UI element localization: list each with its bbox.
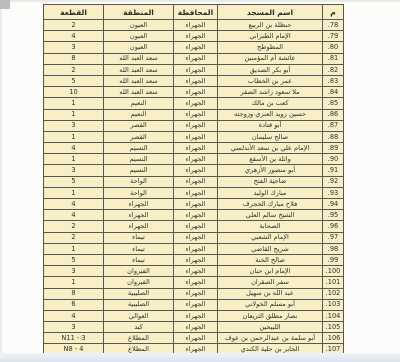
table-row: 92. ضاحية الفتح الجهراء الواحة 5 bbox=[44, 176, 344, 187]
mosque-name: عمر بن الخطاب bbox=[218, 75, 323, 86]
mosque-name: ضاحية الفتح bbox=[218, 176, 323, 187]
block-number: 3 bbox=[44, 42, 104, 53]
row-number: 94. bbox=[323, 199, 344, 210]
mosque-name: أبو مسلم الخولاني bbox=[218, 299, 323, 310]
area-value: الواحة bbox=[104, 176, 174, 187]
scan-corner-mark bbox=[0, 0, 10, 9]
area-value: الواحة bbox=[104, 187, 174, 198]
row-number: 98. bbox=[323, 243, 344, 254]
block-number: 3 bbox=[44, 165, 104, 176]
mosque-name: مبارك الوليد bbox=[218, 187, 323, 198]
area-value: النعيم bbox=[104, 109, 174, 120]
area-value: الصليبية bbox=[104, 299, 174, 310]
scan-bottom-strip bbox=[0, 353, 400, 362]
mosque-name: شريح القاضي bbox=[218, 243, 323, 254]
block-number: 6 bbox=[44, 299, 104, 310]
table-row: 99. صالح الخنة الجهراء تيماء 5 bbox=[44, 254, 344, 265]
block-number: 10 bbox=[44, 87, 104, 98]
header-block: القطعة bbox=[44, 5, 104, 20]
area-value: الجهراء bbox=[104, 210, 174, 221]
block-number: 1 bbox=[44, 187, 104, 198]
mosque-name: فلاح مبارك الحجرف bbox=[218, 199, 323, 210]
mosque-name: أبو قتادة bbox=[218, 120, 323, 131]
block-number: 1 bbox=[44, 243, 104, 254]
governorate-value: الجهراء bbox=[174, 333, 218, 344]
block-number: 5 bbox=[44, 176, 104, 187]
table-row: 106. أبو سلمة بن عبدالرحمن بن عوف الجهرا… bbox=[44, 333, 344, 344]
mosque-name: صالح الخنة bbox=[218, 254, 323, 265]
table-row: 103. أبو مسلم الخولاني الجهراء الصليبية … bbox=[44, 299, 344, 310]
scanned-document-page: م اسم المسجد المحافظة المنطقة القطعة 78.… bbox=[0, 0, 400, 362]
area-value: القصر bbox=[104, 120, 174, 131]
table-row: 94. فلاح مبارك الحجرف الجهراء الجهراء 4 bbox=[44, 199, 344, 210]
block-number: 4 bbox=[44, 310, 104, 321]
row-number: 101. bbox=[323, 277, 344, 288]
scan-left-edge bbox=[0, 9, 2, 354]
area-value: العيون bbox=[104, 20, 174, 31]
block-number: 2 bbox=[44, 221, 104, 232]
mosque-name: الصحابة bbox=[218, 221, 323, 232]
governorate-value: الجهراء bbox=[174, 53, 218, 64]
mosque-name: أبو بكر الصديق bbox=[218, 64, 323, 75]
table-row: 87. أبو قتادة الجهراء القصر 3 bbox=[44, 120, 344, 131]
block-number: 4 bbox=[44, 199, 104, 210]
block-number: 8 bbox=[44, 288, 104, 299]
mosque-name: حسين زويد العنزي وزوجته bbox=[218, 109, 323, 120]
area-value: القصر bbox=[104, 131, 174, 142]
governorate-value: الجهراء bbox=[174, 42, 218, 53]
header-mosque-name: اسم المسجد bbox=[218, 5, 323, 20]
mosque-name: أبو سلمة بن عبدالرحمن بن عوف bbox=[218, 333, 323, 344]
governorate-value: الجهراء bbox=[174, 176, 218, 187]
row-number: 93. bbox=[323, 187, 344, 198]
header-governorate: المحافظة bbox=[174, 5, 218, 20]
area-value: سعد العبد الله bbox=[104, 75, 174, 86]
governorate-value: الجهراء bbox=[174, 199, 218, 210]
table-row: 101. سفر الصقران الجهراء القيروان 1 bbox=[44, 277, 344, 288]
row-number: 80. bbox=[323, 42, 344, 53]
mosque-name: ملا سعود راشد الصقر bbox=[218, 87, 323, 98]
mosque-name: حنظلة بن الربيع bbox=[218, 20, 323, 31]
row-number: 104. bbox=[323, 310, 344, 321]
area-value: العوالي bbox=[104, 310, 174, 321]
block-number: 1 bbox=[44, 154, 104, 165]
governorate-value: الجهراء bbox=[174, 20, 218, 31]
governorate-value: الجهراء bbox=[174, 221, 218, 232]
header-row-number: م bbox=[323, 5, 344, 20]
table-row: 90. واثلة بن الأسقع الجهراء النسيم 1 bbox=[44, 154, 344, 165]
governorate-value: الجهراء bbox=[174, 131, 218, 142]
area-value: العيون bbox=[104, 31, 174, 42]
governorate-value: الجهراء bbox=[174, 310, 218, 321]
governorate-value: الجهراء bbox=[174, 143, 218, 154]
table-row: 93. مبارك الوليد الجهراء الواحة 1 bbox=[44, 187, 344, 198]
row-number: 90. bbox=[323, 154, 344, 165]
governorate-value: الجهراء bbox=[174, 75, 218, 86]
area-value: القيروان bbox=[104, 277, 174, 288]
table-row: 95. الشيخ سالم العلي الجهراء الجهراء 4 bbox=[44, 210, 344, 221]
governorate-value: الجهراء bbox=[174, 87, 218, 98]
scan-top-edge bbox=[10, 0, 400, 2]
governorate-value: الجهراء bbox=[174, 64, 218, 75]
block-number: 2 bbox=[44, 232, 104, 243]
table-header-row: م اسم المسجد المحافظة المنطقة القطعة bbox=[44, 5, 344, 20]
block-number: 2 bbox=[44, 20, 104, 31]
block-number: 1 bbox=[44, 109, 104, 120]
area-value: تيماء bbox=[104, 254, 174, 265]
row-number: 87. bbox=[323, 120, 344, 131]
block-number: 3 bbox=[44, 120, 104, 131]
table-row: 80. المطوطح الجهراء العيون 3 bbox=[44, 42, 344, 53]
mosque-name: أبو منصور الأزهري bbox=[218, 165, 323, 176]
table-row: 84. ملا سعود راشد الصقر الجهراء سعد العب… bbox=[44, 87, 344, 98]
block-number: 2 bbox=[44, 64, 104, 75]
mosque-name: عبد الله بن سهيل bbox=[218, 288, 323, 299]
row-number: 102. bbox=[323, 288, 344, 299]
governorate-value: الجهراء bbox=[174, 266, 218, 277]
table-row: 97. الإمام الشعبي الجهراء تيماء 2 bbox=[44, 232, 344, 243]
block-number: 1 bbox=[44, 277, 104, 288]
block-number: 4 bbox=[44, 143, 104, 154]
governorate-value: الجهراء bbox=[174, 288, 218, 299]
area-value: النسيم bbox=[104, 154, 174, 165]
block-number: 3 bbox=[44, 266, 104, 277]
area-value: الجهراء bbox=[104, 199, 174, 210]
block-number: 1 bbox=[44, 131, 104, 142]
row-number: 97. bbox=[323, 232, 344, 243]
governorate-value: الجهراء bbox=[174, 109, 218, 120]
area-value: الجهراء bbox=[104, 221, 174, 232]
row-number: 105. bbox=[323, 322, 344, 333]
governorate-value: الجهراء bbox=[174, 277, 218, 288]
governorate-value: الجهراء bbox=[174, 31, 218, 42]
table-row: 86. حسين زويد العنزي وزوجته الجهراء النع… bbox=[44, 109, 344, 120]
table-row: 81. عائشة أم المؤمنين الجهراء سعد العبد … bbox=[44, 53, 344, 64]
area-value: سعد العبد الله bbox=[104, 87, 174, 98]
table-row: 100. الإمام ابن حبان الجهراء القيروان 3 bbox=[44, 266, 344, 277]
mosque-name: اللبيحين bbox=[218, 322, 323, 333]
table-row: 88. صالح سليمان الجهراء القصر 1 bbox=[44, 131, 344, 142]
row-number: 78. bbox=[323, 20, 344, 31]
row-number: 81. bbox=[323, 53, 344, 64]
area-value: النسيم bbox=[104, 165, 174, 176]
table-row: 102. عبد الله بن سهيل الجهراء الصليبية 8 bbox=[44, 288, 344, 299]
governorate-value: الجهراء bbox=[174, 299, 218, 310]
area-value: النعيم bbox=[104, 98, 174, 109]
governorate-value: الجهراء bbox=[174, 154, 218, 165]
area-value: العيون bbox=[104, 42, 174, 53]
row-number: 86. bbox=[323, 109, 344, 120]
table-row: 89. الإمام علي بن سعد الأندلسي الجهراء ا… bbox=[44, 143, 344, 154]
mosque-name: الإمام الطبراني bbox=[218, 31, 323, 42]
block-number: 8 bbox=[44, 53, 104, 64]
table-row: 96. الصحابة الجهراء الجهراء 2 bbox=[44, 221, 344, 232]
block-number: 1 bbox=[44, 98, 104, 109]
mosque-name: عائشة أم المؤمنين bbox=[218, 53, 323, 64]
mosque-name: الإمام ابن حبان bbox=[218, 266, 323, 277]
area-value: القيروان bbox=[104, 266, 174, 277]
area-value: سعد العبد الله bbox=[104, 64, 174, 75]
mosque-table: م اسم المسجد المحافظة المنطقة القطعة 78.… bbox=[43, 4, 344, 356]
row-number: 79. bbox=[323, 31, 344, 42]
header-area: المنطقة bbox=[104, 5, 174, 20]
block-number: 5 bbox=[44, 75, 104, 86]
governorate-value: الجهراء bbox=[174, 165, 218, 176]
block-number: N11 - 3 bbox=[44, 333, 104, 344]
block-number: 3 bbox=[44, 322, 104, 333]
table-row: 82. أبو بكر الصديق الجهراء سعد العبد الل… bbox=[44, 64, 344, 75]
row-number: 88. bbox=[323, 131, 344, 142]
area-value: النسيم bbox=[104, 143, 174, 154]
governorate-value: الجهراء bbox=[174, 98, 218, 109]
governorate-value: الجهراء bbox=[174, 243, 218, 254]
row-number: 82. bbox=[323, 64, 344, 75]
row-number: 106. bbox=[323, 333, 344, 344]
row-number: 99. bbox=[323, 254, 344, 265]
mosque-name: سفر الصقران bbox=[218, 277, 323, 288]
row-number: 89. bbox=[323, 143, 344, 154]
table-row: 78. حنظلة بن الربيع الجهراء العيون 2 bbox=[44, 20, 344, 31]
area-value: سعد العبد الله bbox=[104, 53, 174, 64]
row-number: 84. bbox=[323, 87, 344, 98]
table-row: 104. نصار مطلق الثريعان الجهراء العوالي … bbox=[44, 310, 344, 321]
block-number: 4 bbox=[44, 31, 104, 42]
area-value: الصليبية bbox=[104, 288, 174, 299]
block-number: 5 bbox=[44, 254, 104, 265]
mosque-name: صالح سليمان bbox=[218, 131, 323, 142]
row-number: 83. bbox=[323, 75, 344, 86]
governorate-value: الجهراء bbox=[174, 232, 218, 243]
mosque-name: نصار مطلق الثريعان bbox=[218, 310, 323, 321]
row-number: 91. bbox=[323, 165, 344, 176]
row-number: 100. bbox=[323, 266, 344, 277]
area-value: تيماء bbox=[104, 232, 174, 243]
block-number: 4 bbox=[44, 210, 104, 221]
mosque-name: واثلة بن الأسقع bbox=[218, 154, 323, 165]
table-row: 105. اللبيحين الجهراء كبد 3 bbox=[44, 322, 344, 333]
row-number: 95. bbox=[323, 210, 344, 221]
governorate-value: الجهراء bbox=[174, 187, 218, 198]
row-number: 103. bbox=[323, 299, 344, 310]
mosque-name: الإمام علي بن سعد الأندلسي bbox=[218, 143, 323, 154]
row-number: 85. bbox=[323, 98, 344, 109]
table-row: 83. عمر بن الخطاب الجهراء سعد العبد الله… bbox=[44, 75, 344, 86]
governorate-value: الجهراء bbox=[174, 322, 218, 333]
mosque-name: الشيخ سالم العلي bbox=[218, 210, 323, 221]
table-row: 98. شريح القاضي الجهراء تيماء 1 bbox=[44, 243, 344, 254]
row-number: 96. bbox=[323, 221, 344, 232]
governorate-value: الجهراء bbox=[174, 254, 218, 265]
table-row: 79. الإمام الطبراني الجهراء العيون 4 bbox=[44, 31, 344, 42]
governorate-value: الجهراء bbox=[174, 210, 218, 221]
row-number: 92. bbox=[323, 176, 344, 187]
mosque-name: كعب بن مالك bbox=[218, 98, 323, 109]
table-row: 85. كعب بن مالك الجهراء النعيم 1 bbox=[44, 98, 344, 109]
mosque-name: الإمام الشعبي bbox=[218, 232, 323, 243]
governorate-value: الجهراء bbox=[174, 120, 218, 131]
area-value: تيماء bbox=[104, 243, 174, 254]
table-row: 91. أبو منصور الأزهري الجهراء النسيم 3 bbox=[44, 165, 344, 176]
area-value: المطلاع bbox=[104, 333, 174, 344]
mosque-name: المطوطح bbox=[218, 42, 323, 53]
area-value: كبد bbox=[104, 322, 174, 333]
